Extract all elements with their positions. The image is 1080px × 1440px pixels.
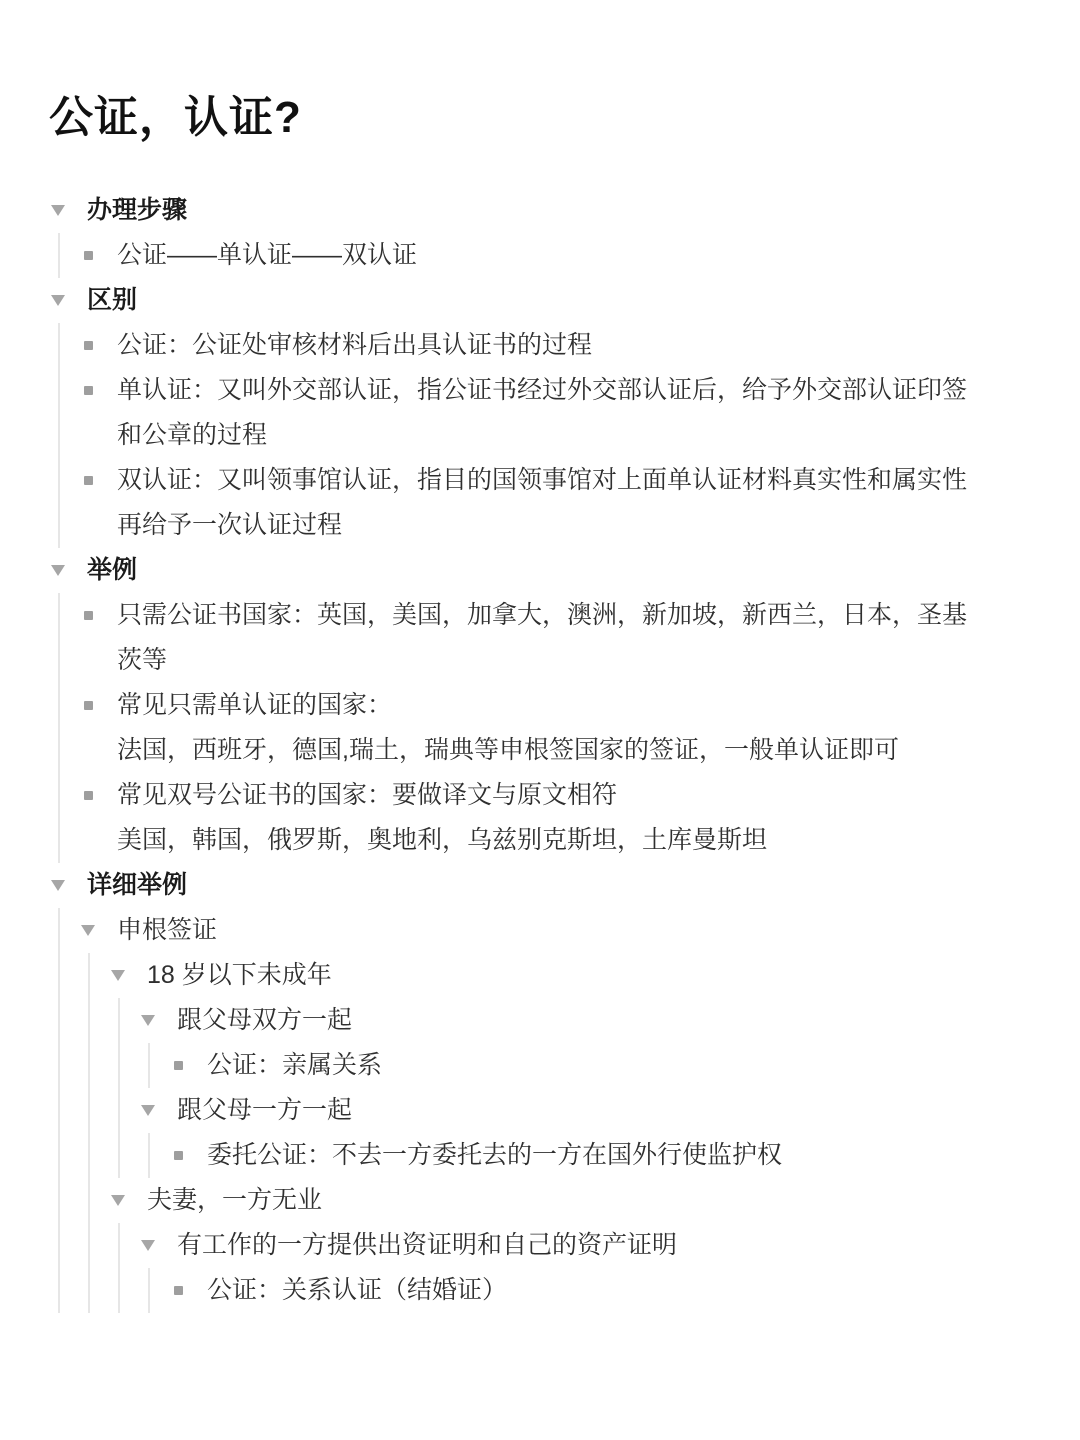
outline-node: 公证：关系认证（结婚证） [164,1268,990,1313]
outline-row: 详细举例 [44,863,990,908]
node-children: 公证：关系认证（结婚证） [148,1268,990,1313]
outline-row: 单认证：又叫外交部认证，指公证书经过外交部认证后，给予外交部认证印签和公章的过程 [74,368,990,458]
outline-node: 举例 只需公证书国家：英国，美国，加拿大，澳洲，新加坡，新西兰，日本，圣基茨等 … [44,548,990,863]
outline-row: 区别 [44,278,990,323]
outline-node: 单认证：又叫外交部认证，指公证书经过外交部认证后，给予外交部认证印签和公章的过程 [74,368,990,458]
bullet-icon[interactable] [74,233,102,278]
outline-node: 区别 公证：公证处审核材料后出具认证书的过程 单认证：又叫外交部认证，指公证书经… [44,278,990,548]
bullet-icon[interactable] [74,593,102,638]
node-children: 公证：公证处审核材料后出具认证书的过程 单认证：又叫外交部认证，指公证书经过外交… [58,323,990,548]
collapse-triangle-icon[interactable] [104,1178,132,1223]
node-text[interactable]: 公证——单认证——双认证 [117,233,417,278]
node-children: 委托公证：不去一方委托去的一方在国外行使监护权 [148,1133,990,1178]
outline-row: 公证：亲属关系 [164,1043,990,1088]
bullet-icon[interactable] [74,683,102,728]
bullet-icon[interactable] [164,1268,192,1313]
node-text[interactable]: 详细举例 [87,863,187,908]
outline-row: 有工作的一方提供出资证明和自己的资产证明 [134,1223,990,1268]
outline-node: 只需公证书国家：英国，美国，加拿大，澳洲，新加坡，新西兰，日本，圣基茨等 [74,593,990,683]
bullet-icon[interactable] [164,1133,192,1178]
outline-row: 常见只需单认证的国家： 法国，西班牙，德国,瑞土，瑞典等申根签国家的签证，一般单… [74,683,990,773]
collapse-triangle-icon[interactable] [134,998,162,1043]
outline-row: 申根签证 [74,908,990,953]
outline-row: 只需公证书国家：英国，美国，加拿大，澳洲，新加坡，新西兰，日本，圣基茨等 [74,593,990,683]
bullet-icon[interactable] [74,368,102,413]
outline-node: 18 岁以下未成年 跟父母双方一起 [104,953,990,1178]
document-page: 公证，认证? 办理步骤 公证——单认证——双认证 区别 [0,0,1080,1440]
outline-row: 公证——单认证——双认证 [74,233,990,278]
bullet-icon[interactable] [164,1043,192,1088]
node-text[interactable]: 办理步骤 [87,188,187,233]
node-text[interactable]: 公证：关系认证（结婚证） [207,1268,507,1313]
page-title[interactable]: 公证，认证? [49,92,990,144]
bullet-icon[interactable] [74,773,102,818]
node-children: 有工作的一方提供出资证明和自己的资产证明 公证：关系认证（结婚证） [118,1223,990,1313]
collapse-triangle-icon[interactable] [74,908,102,953]
outline-node: 办理步骤 公证——单认证——双认证 [44,188,990,278]
node-text[interactable]: 公证：亲属关系 [207,1043,382,1088]
outline-row: 跟父母双方一起 [134,998,990,1043]
node-children: 18 岁以下未成年 跟父母双方一起 [88,953,990,1313]
node-text[interactable]: 双认证：又叫领事馆认证，指目的国领事馆对上面单认证材料真实性和属实性再给予一次认… [117,458,990,548]
node-text[interactable]: 夫妻，一方无业 [147,1178,322,1223]
collapse-triangle-icon[interactable] [104,953,132,998]
outline-row: 跟父母一方一起 [134,1088,990,1133]
outline-node: 夫妻，一方无业 有工作的一方提供出资证明和自己的资产证明 [104,1178,990,1313]
node-text[interactable]: 常见双号公证书的国家：要做译文与原文相符 美国，韩国，俄罗斯，奥地利，乌兹别克斯… [117,773,767,863]
bullet-icon[interactable] [74,323,102,368]
outline-node: 详细举例 申根签证 18 岁以下未成年 [44,863,990,1313]
node-text[interactable]: 委托公证：不去一方委托去的一方在国外行使监护权 [207,1133,782,1178]
outline-node: 公证——单认证——双认证 [74,233,990,278]
outline-row: 常见双号公证书的国家：要做译文与原文相符 美国，韩国，俄罗斯，奥地利，乌兹别克斯… [74,773,990,863]
outline-row: 公证：公证处审核材料后出具认证书的过程 [74,323,990,368]
node-children: 只需公证书国家：英国，美国，加拿大，澳洲，新加坡，新西兰，日本，圣基茨等 常见只… [58,593,990,863]
collapse-triangle-icon[interactable] [134,1088,162,1133]
node-text[interactable]: 公证：公证处审核材料后出具认证书的过程 [117,323,592,368]
outline-row: 公证：关系认证（结婚证） [164,1268,990,1313]
outline-node: 公证：公证处审核材料后出具认证书的过程 [74,323,990,368]
collapse-triangle-icon[interactable] [44,188,72,233]
outline-node: 双认证：又叫领事馆认证，指目的国领事馆对上面单认证材料真实性和属实性再给予一次认… [74,458,990,548]
node-text[interactable]: 单认证：又叫外交部认证，指公证书经过外交部认证后，给予外交部认证印签和公章的过程 [117,368,990,458]
collapse-triangle-icon[interactable] [134,1223,162,1268]
outline-row: 双认证：又叫领事馆认证，指目的国领事馆对上面单认证材料真实性和属实性再给予一次认… [74,458,990,548]
outline-node: 跟父母一方一起 委托公证：不去一方委托去的一方在国外行使监护权 [134,1088,990,1178]
node-text[interactable]: 跟父母双方一起 [177,998,352,1043]
collapse-triangle-icon[interactable] [44,278,72,323]
node-text[interactable]: 举例 [87,548,137,593]
outline-node: 有工作的一方提供出资证明和自己的资产证明 公证：关系认证（结婚证） [134,1223,990,1313]
node-text[interactable]: 申根签证 [117,908,217,953]
node-children: 公证——单认证——双认证 [58,233,990,278]
outline-row: 委托公证：不去一方委托去的一方在国外行使监护权 [164,1133,990,1178]
outline-node: 跟父母双方一起 公证：亲属关系 [134,998,990,1088]
node-text[interactable]: 区别 [87,278,137,323]
node-children: 跟父母双方一起 公证：亲属关系 [118,998,990,1178]
node-text[interactable]: 常见只需单认证的国家： 法国，西班牙，德国,瑞土，瑞典等申根签国家的签证，一般单… [117,683,899,773]
outline-node: 委托公证：不去一方委托去的一方在国外行使监护权 [164,1133,990,1178]
node-text[interactable]: 18 岁以下未成年 [147,953,332,998]
outline: 办理步骤 公证——单认证——双认证 区别 [44,188,990,1313]
outline-node: 公证：亲属关系 [164,1043,990,1088]
node-children: 公证：亲属关系 [148,1043,990,1088]
outline-row: 举例 [44,548,990,593]
node-text[interactable]: 只需公证书国家：英国，美国，加拿大，澳洲，新加坡，新西兰，日本，圣基茨等 [117,593,990,683]
collapse-triangle-icon[interactable] [44,863,72,908]
node-text[interactable]: 跟父母一方一起 [177,1088,352,1133]
node-text[interactable]: 有工作的一方提供出资证明和自己的资产证明 [177,1223,677,1268]
outline-node: 申根签证 18 岁以下未成年 [74,908,990,1313]
node-children: 申根签证 18 岁以下未成年 [58,908,990,1313]
bullet-icon[interactable] [74,458,102,503]
outline-node: 常见只需单认证的国家： 法国，西班牙，德国,瑞土，瑞典等申根签国家的签证，一般单… [74,683,990,773]
outline-node: 常见双号公证书的国家：要做译文与原文相符 美国，韩国，俄罗斯，奥地利，乌兹别克斯… [74,773,990,863]
outline-row: 夫妻，一方无业 [104,1178,990,1223]
outline-row: 18 岁以下未成年 [104,953,990,998]
outline-row: 办理步骤 [44,188,990,233]
collapse-triangle-icon[interactable] [44,548,72,593]
